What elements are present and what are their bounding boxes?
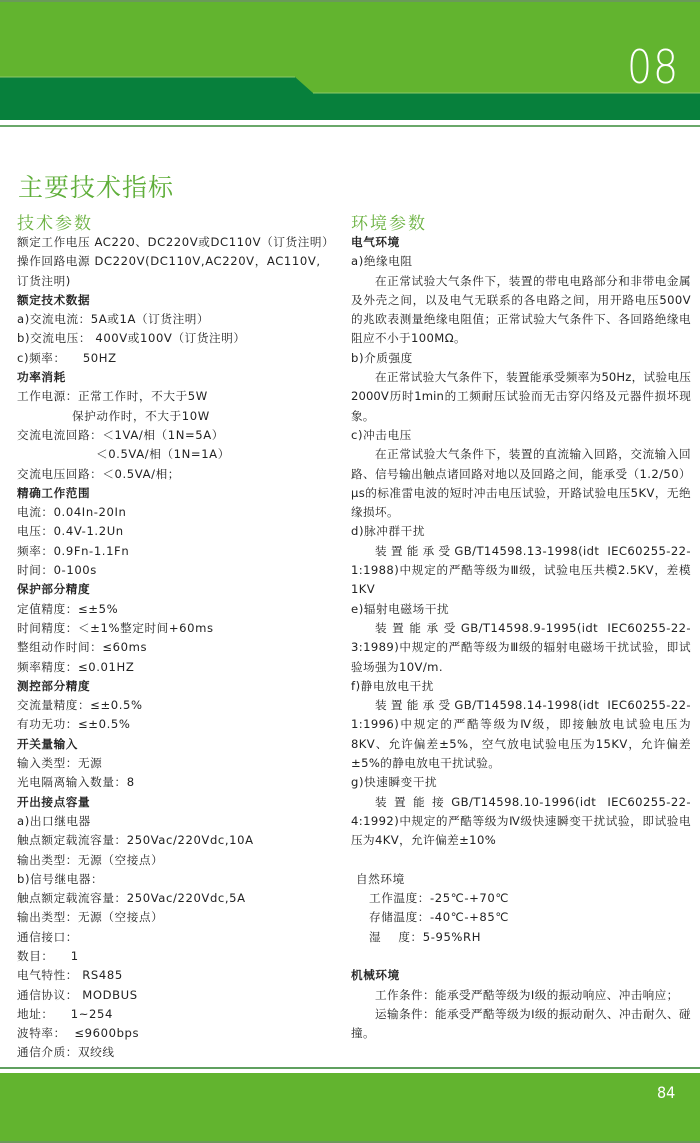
spec-line: c)频率： 50HZ — [17, 349, 347, 368]
item-body: 装置能承受GB/T14598.9-1995(idt IEC60255-22-3:… — [351, 619, 691, 677]
item-body: 在正常试验大气条件下，装置的带电电路部分和非带电金属及外壳之间，以及电气无联系的… — [351, 272, 691, 349]
spec-line: 额定工作电压 AC220、DC220V或DC110V（订货注明） — [17, 233, 347, 252]
item-body: 装置能接GB/T14598.10-1996(idt IEC60255-22-4:… — [351, 793, 691, 851]
spec-line: a)出口继电器 — [17, 812, 347, 831]
spec-line: 通信接口： — [17, 928, 347, 947]
spec-line: 数目： 1 — [17, 947, 347, 966]
item-label: b)介质强度 — [351, 349, 691, 368]
spec-line: 订货注明) — [17, 272, 347, 291]
subheading: 开出接点容量 — [17, 793, 347, 812]
subheading: 保护部分精度 — [17, 580, 347, 599]
subheading: 精确工作范围 — [17, 484, 347, 503]
spec-line: 时间：0-100s — [17, 561, 347, 580]
spec-line: b)交流电压： 400V或100V（订货注明） — [17, 329, 347, 348]
spec-line: 定值精度：≤±5% — [17, 600, 347, 619]
subheading: 额定技术数据 — [17, 291, 347, 310]
item-body: 在正常试验大气条件下，装置的直流输入回路，交流输入回路、信号输出触点诸回路对地以… — [351, 445, 691, 522]
mechanical-env-body: 工作条件：能承受严酷等级为Ⅰ级的振动响应、冲击响应； — [351, 986, 691, 1005]
spec-line: 输出类型：无源（空接点） — [17, 908, 347, 927]
spec-line: 输入类型：无源 — [17, 754, 347, 773]
spec-line: ＜0.5VA/相（1N=1A） — [17, 445, 347, 464]
spec-line: 电压：0.4V-1.2Un — [17, 522, 347, 541]
spacer — [351, 947, 691, 966]
spec-line: 整组动作时间：≤60ms — [17, 638, 347, 657]
item-body: 装置能承受GB/T14598.14-1998(idt IEC60255-22-1… — [351, 696, 691, 773]
item-label: d)脉冲群干扰 — [351, 522, 691, 541]
env-params-column: 电气环境 a)绝缘电阻 在正常试验大气条件下，装置的带电电路部分和非带电金属及外… — [351, 233, 691, 1043]
spec-line: a)交流电流：5A或1A（订货注明） — [17, 310, 347, 329]
section-title-env-params: 环境参数 — [351, 209, 427, 234]
header-top-rule — [0, 0, 700, 2]
item-label: a)绝缘电阻 — [351, 252, 691, 271]
spec-line: 有功无功：≤±0.5% — [17, 715, 347, 734]
spec-line: 电气特性： RS485 — [17, 966, 347, 985]
section-title-tech-params: 技术参数 — [17, 209, 93, 234]
subheading: 开关量输入 — [17, 735, 347, 754]
footer-rule — [0, 1067, 700, 1069]
tech-params-column: 额定工作电压 AC220、DC220V或DC110V（订货注明）操作回路电源 D… — [17, 233, 347, 1063]
spec-line: 保护动作时，不大于10W — [17, 407, 347, 426]
spec-line: 交流量精度：≤±0.5% — [17, 696, 347, 715]
spec-line: 频率：0.9Fn-1.1Fn — [17, 542, 347, 561]
spec-line: 工作电源：正常工作时，不大于5W — [17, 387, 347, 406]
header-dark-band — [0, 0, 700, 130]
spec-line: 交流电压回路：＜0.5VA/相； — [17, 465, 347, 484]
item-label: e)辐射电磁场干扰 — [351, 600, 691, 619]
page-title: 主要技术指标 — [18, 168, 174, 204]
spec-line: 触点额定载流容量：250Vac/220Vdc,5A — [17, 889, 347, 908]
item-body: 在正常试验大气条件下，装置能承受频率为50Hz，试验电压2000V历时1min的… — [351, 368, 691, 426]
subheading: 功率消耗 — [17, 368, 347, 387]
spacer — [351, 851, 691, 870]
spec-line: 光电隔离输入数量：8 — [17, 773, 347, 792]
item-label: f)静电放电干扰 — [351, 677, 691, 696]
natural-env-item: 湿 度：5-95%RH — [351, 928, 691, 947]
natural-env-item: 存储温度：-40℃-+85℃ — [351, 908, 691, 927]
spec-line: 电流：0.04In-20In — [17, 503, 347, 522]
natural-env-item: 工作温度：-25℃-+70℃ — [351, 889, 691, 908]
mechanical-env-body: 运输条件：能承受严酷等级为Ⅰ级的振动耐久、冲击耐久、碰撞。 — [351, 1005, 691, 1044]
spec-line: 通信介质：双绞线 — [17, 1043, 347, 1062]
spec-line: b)信号继电器： — [17, 870, 347, 889]
chapter-number: 08 — [627, 40, 679, 94]
item-body: 装置能承受GB/T14598.13-1998(idt IEC60255-22-1… — [351, 542, 691, 600]
spec-line: 通信协议： MODBUS — [17, 986, 347, 1005]
spec-line: 交流电流回路：＜1VA/相（1N=5A） — [17, 426, 347, 445]
page-footer — [0, 1073, 700, 1143]
subheading: 测控部分精度 — [17, 677, 347, 696]
spec-line: 触点额定载流容量：250Vac/220Vdc,10A — [17, 831, 347, 850]
subheading-natural-env: 自然环境 — [351, 870, 691, 889]
header-rule — [0, 125, 700, 127]
page-number: 84 — [657, 1083, 675, 1102]
spec-line: 频率精度：≤0.01HZ — [17, 658, 347, 677]
item-label: c)冲击电压 — [351, 426, 691, 445]
spec-line: 波特率： ≤9600bps — [17, 1024, 347, 1043]
subheading-electrical-env: 电气环境 — [351, 233, 691, 252]
spec-line: 操作回路电源 DC220V(DC110V,AC220V，AC110V, — [17, 252, 347, 271]
subheading-mechanical-env: 机械环境 — [351, 966, 691, 985]
spec-line: 地址： 1~254 — [17, 1005, 347, 1024]
spec-line: 时间精度：＜±1%整定时间+60ms — [17, 619, 347, 638]
spec-line: 输出类型：无源（空接点） — [17, 851, 347, 870]
page-header: 08 — [0, 0, 700, 130]
item-label: g)快速瞬变干扰 — [351, 773, 691, 792]
